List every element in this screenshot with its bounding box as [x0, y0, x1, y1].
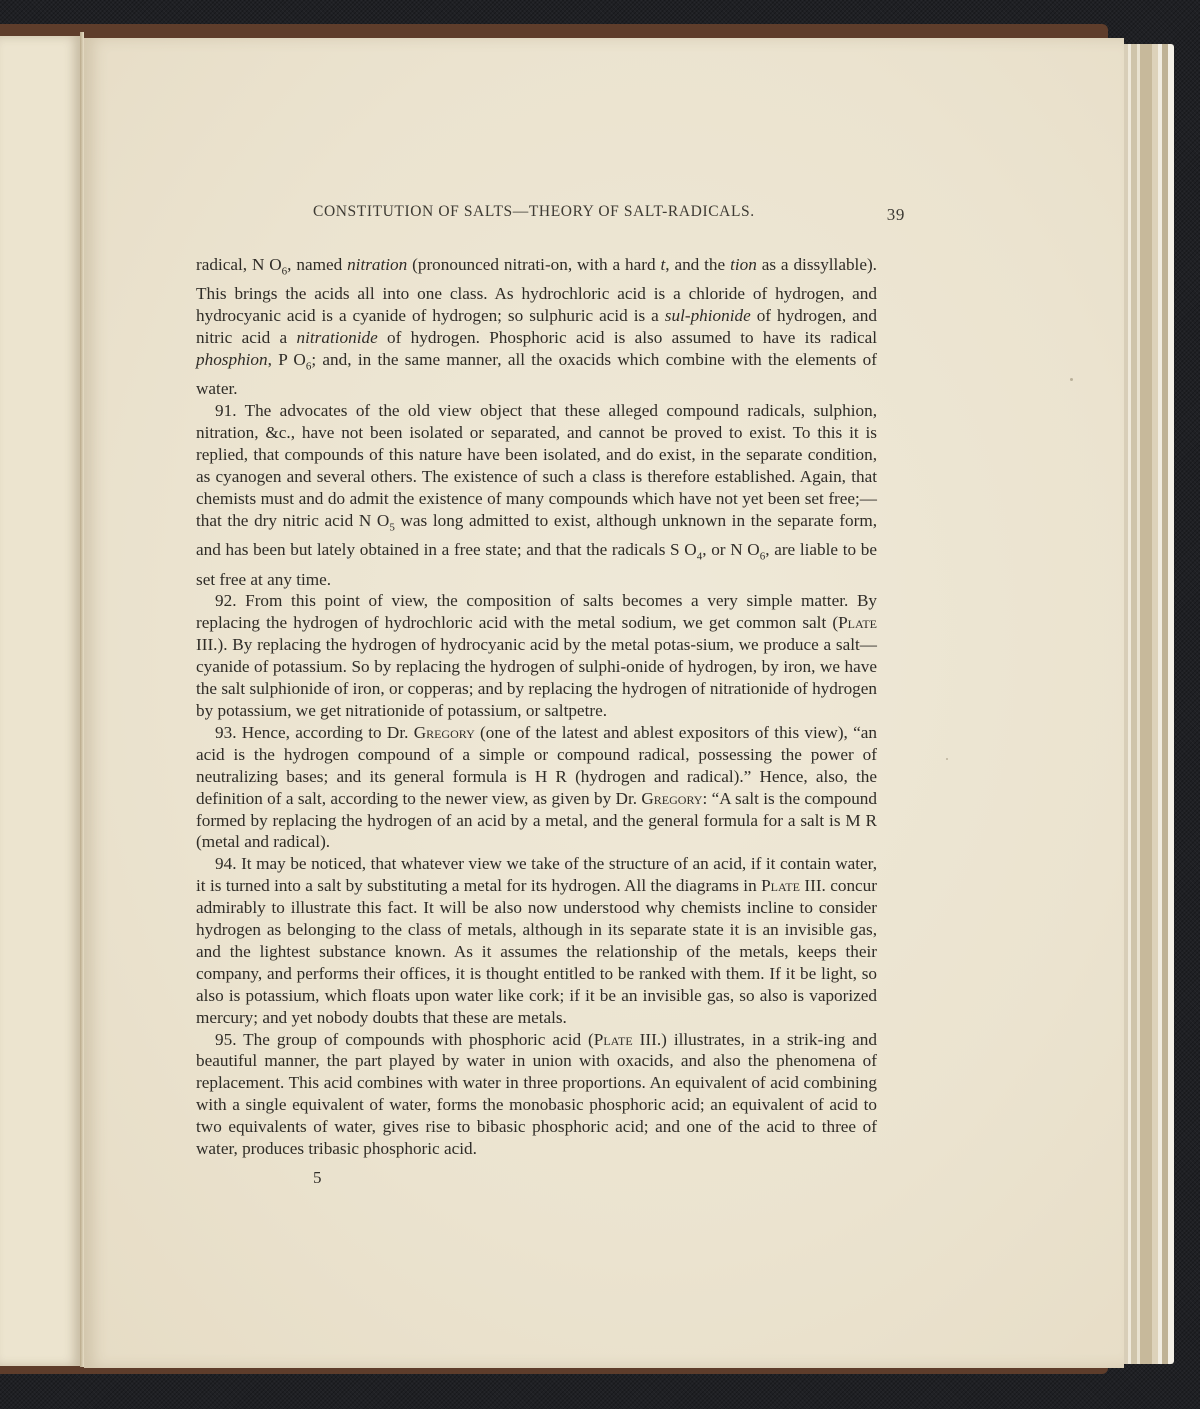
paper-speck	[625, 550, 627, 552]
paragraph-para-92: 92. From this point of view, the composi…	[196, 590, 877, 721]
body-text: radical, N O6, named nitration (pronounc…	[196, 254, 877, 1160]
paragraph-continuation: radical, N O6, named nitration (pronounc…	[196, 254, 877, 400]
paragraph-para-91: 91. The advocates of the old view object…	[196, 400, 877, 590]
running-head-title: CONSTITUTION OF SALTS—THEORY OF SALT-RAD…	[313, 203, 755, 221]
paragraph-para-95: 95. The group of compounds with phosphor…	[196, 1029, 877, 1160]
paper-speck	[1070, 378, 1073, 381]
signature-mark: 5	[313, 1168, 322, 1188]
page-edges	[1122, 44, 1174, 1364]
page-number: 39	[887, 205, 905, 225]
left-page-edge	[0, 36, 80, 1366]
paragraph-para-94: 94. It may be noticed, that whatever vie…	[196, 853, 877, 1028]
paper-speck	[946, 758, 948, 760]
paragraph-para-93: 93. Hence, according to Dr. Gregory (one…	[196, 722, 877, 853]
